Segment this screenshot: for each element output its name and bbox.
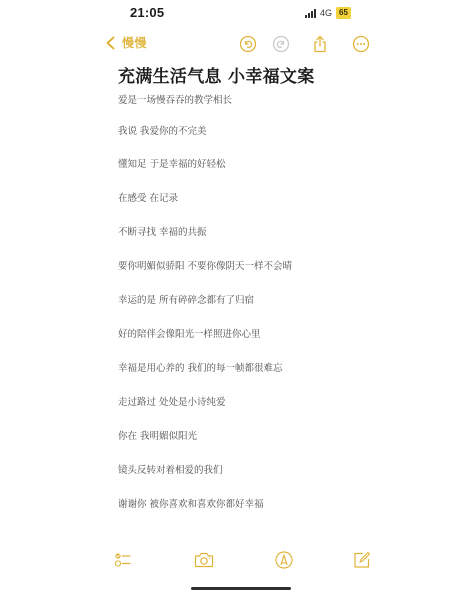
compose-icon[interactable]: [351, 550, 373, 570]
note-line: 你在 我明媚似阳光: [118, 431, 378, 443]
note-line: 幸福是用心养的 我们的每一帧都很难忘: [118, 363, 378, 375]
note-line: 爱是一场慢吞吞的教学相长: [118, 95, 378, 107]
home-indicator[interactable]: [191, 587, 291, 590]
more-icon[interactable]: [352, 35, 370, 53]
note-body[interactable]: 充满生活气息 小幸福文案 爱是一场慢吞吞的教学相长 我说 我爱你的不完美 懂知足…: [118, 64, 378, 511]
nav-bar: 慢慢: [0, 30, 449, 60]
note-line: 要你明媚似骄阳 不要你像阴天一样不会晴: [118, 261, 378, 273]
bottom-toolbar: [0, 550, 449, 574]
status-bar: 21:05 4G 65: [0, 0, 449, 26]
status-time: 21:05: [130, 5, 164, 20]
notes-screen: 21:05 4G 65 慢慢: [0, 0, 449, 600]
status-indicators: 4G 65: [305, 7, 351, 19]
share-icon[interactable]: [311, 35, 329, 53]
checklist-icon[interactable]: [113, 550, 135, 570]
chevron-left-icon: [104, 36, 118, 50]
note-line: 我说 我爱你的不完美: [118, 126, 378, 138]
markup-icon[interactable]: [273, 550, 295, 570]
note-line: 在感受 在记录: [118, 193, 378, 205]
camera-icon[interactable]: [193, 550, 215, 570]
note-line: 镜头反转对着相爱的我们: [118, 465, 378, 477]
undo-icon[interactable]: [239, 35, 257, 53]
note-line: 走过路过 处处是小诗纯爱: [118, 397, 378, 409]
back-button[interactable]: 慢慢: [104, 34, 147, 51]
network-type: 4G: [320, 8, 332, 18]
note-line: 谢谢你 被你喜欢和喜欢你都好幸福: [118, 499, 378, 511]
note-title: 充满生活气息 小幸福文案: [118, 64, 378, 92]
back-label: 慢慢: [122, 34, 147, 51]
note-line: 不断寻找 幸福的共振: [118, 227, 378, 239]
note-lines: 爱是一场慢吞吞的教学相长 我说 我爱你的不完美 懂知足 于是幸福的好轻松 在感受…: [118, 95, 378, 511]
signal-icon: [305, 9, 316, 18]
note-line: 懂知足 于是幸福的好轻松: [118, 159, 378, 171]
note-line: 幸运的是 所有碎碎念都有了归宿: [118, 295, 378, 307]
battery-icon: 65: [336, 7, 351, 19]
note-line: 好的陪伴会像阳光一样照进你心里: [118, 329, 378, 341]
redo-icon[interactable]: [272, 35, 290, 53]
